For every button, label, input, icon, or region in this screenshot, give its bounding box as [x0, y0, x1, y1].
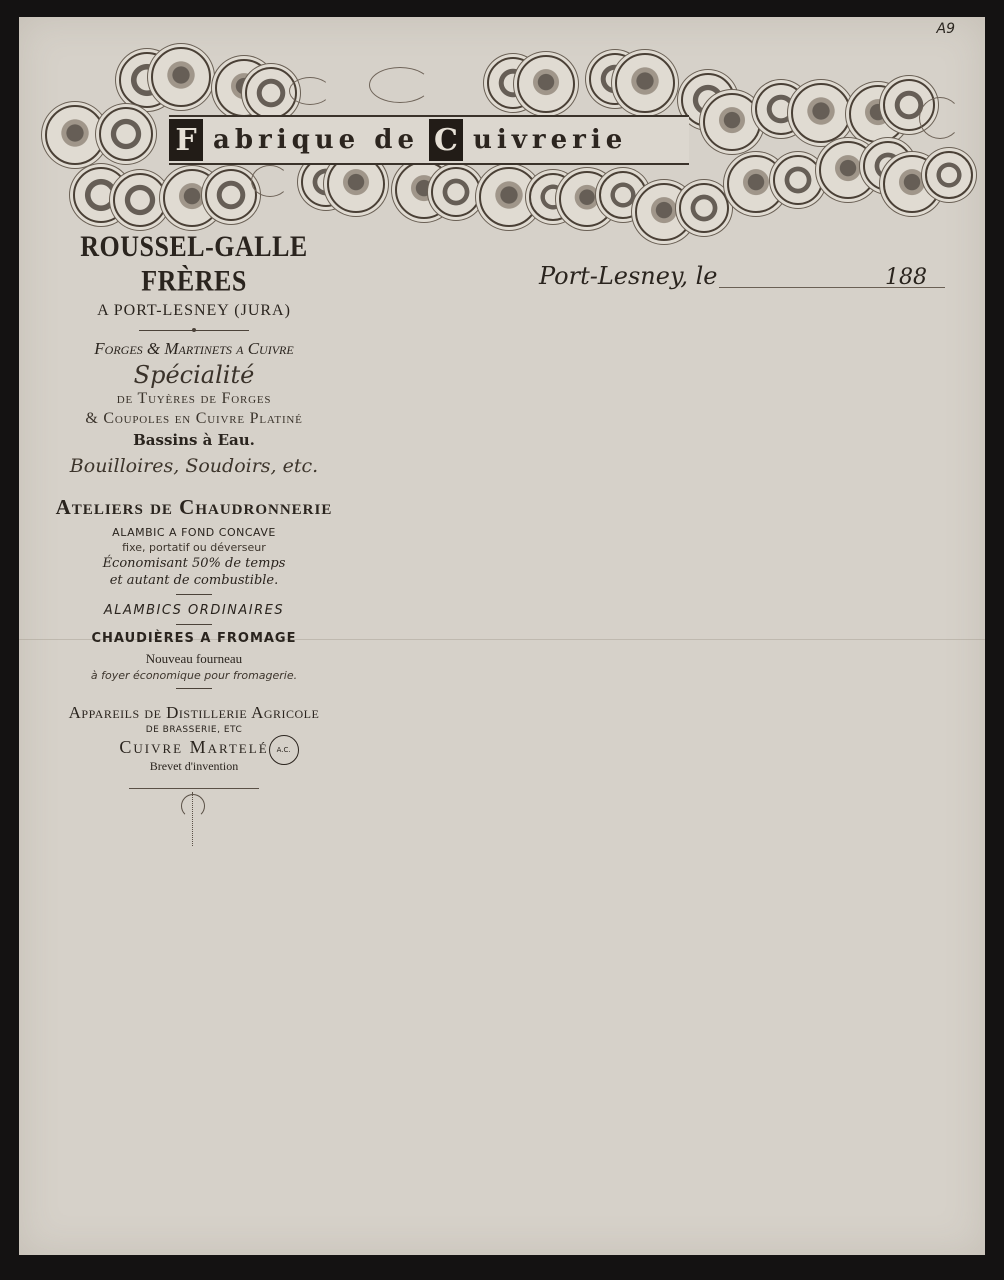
catalog-number: A9	[937, 21, 955, 37]
forges-line: Forges & Martinets a Cuivre	[39, 339, 349, 359]
banner-title: F abrique de C uivrerie	[169, 115, 689, 165]
divider	[176, 688, 212, 689]
medal-icon	[431, 167, 481, 217]
divider	[176, 594, 212, 595]
initial-capital-c: C	[429, 119, 463, 161]
scrollwork-ornament	[369, 67, 431, 103]
nouveau-fourneau: Nouveau fourneau	[39, 651, 349, 667]
scrollwork-ornament	[919, 97, 961, 139]
divider	[176, 624, 212, 625]
cuivre-martele: Cuivre Martelé A.C.	[119, 737, 268, 758]
dateline-place: Port-Lesney, le	[539, 262, 717, 290]
header-banner: F abrique de C uivrerie	[39, 37, 964, 232]
banner-title-word-2: uivrerie	[463, 125, 637, 155]
flourish-ornament-icon	[129, 788, 259, 848]
distillerie-heading: Appareils de Distillerie Agricole	[39, 703, 349, 723]
initial-capital-f: F	[169, 119, 203, 161]
firm-name: ROUSSEL-GALLE FRÈRES	[39, 230, 349, 299]
alambic-line: ALAMBIC A FOND CONCAVE	[39, 526, 349, 539]
specialty-line-1: de Tuyères de Forges	[39, 389, 349, 409]
medal-icon	[615, 53, 675, 113]
ateliers-heading: Ateliers de Chaudronnerie	[39, 495, 349, 520]
alambic-types: fixe, portatif ou déverseur	[39, 541, 349, 554]
medal-icon	[703, 93, 761, 151]
foyer-line: à foyer économique pour fromagerie.	[39, 669, 349, 682]
brasserie-line: DE BRASSERIE, ETC	[39, 725, 349, 735]
scrollwork-ornament	[251, 165, 289, 197]
medal-icon	[517, 55, 575, 113]
letterhead-paper: A9	[19, 17, 985, 1255]
chaudieres-fromage: CHAUDIÈRES A FROMAGE	[39, 631, 349, 646]
medal-icon	[773, 155, 823, 205]
economy-line-1: Économisant 50% de temps	[39, 556, 349, 571]
medal-icon	[925, 151, 973, 199]
alambics-ordinaires: ALAMBICS ORDINAIRES	[39, 603, 349, 618]
medal-icon	[679, 183, 729, 233]
left-column-letterhead: ROUSSEL-GALLE FRÈRES A PORT-LESNEY (JURA…	[39, 232, 349, 848]
divider	[139, 330, 249, 331]
brevet-line: Brevet d'invention	[39, 759, 349, 774]
medal-icon	[791, 83, 851, 143]
specialite-heading: Spécialité	[39, 361, 349, 389]
bouilloires-line: Bouilloires, Soudoirs, etc.	[39, 455, 349, 477]
medal-icon	[45, 105, 105, 165]
medal-icon	[205, 169, 257, 221]
cuivre-martele-text: Cuivre Martelé	[119, 737, 268, 757]
ink-stamp-icon: A.C.	[269, 735, 299, 765]
specialty-line-2: & Coupoles en Cuivre Platiné	[39, 409, 349, 429]
dateline: Port-Lesney, le 188	[539, 260, 945, 296]
bassins-line: Bassins à Eau.	[39, 431, 349, 449]
firm-location: A PORT-LESNEY (JURA)	[39, 302, 349, 320]
economy-line-2: et autant de combustible.	[39, 573, 349, 588]
medal-icon	[151, 47, 211, 107]
dateline-year: 188	[885, 265, 927, 290]
scrollwork-ornament	[289, 77, 331, 105]
banner-title-word-1: abrique de	[203, 125, 429, 155]
medal-icon	[99, 107, 153, 161]
medal-icon	[113, 173, 167, 227]
